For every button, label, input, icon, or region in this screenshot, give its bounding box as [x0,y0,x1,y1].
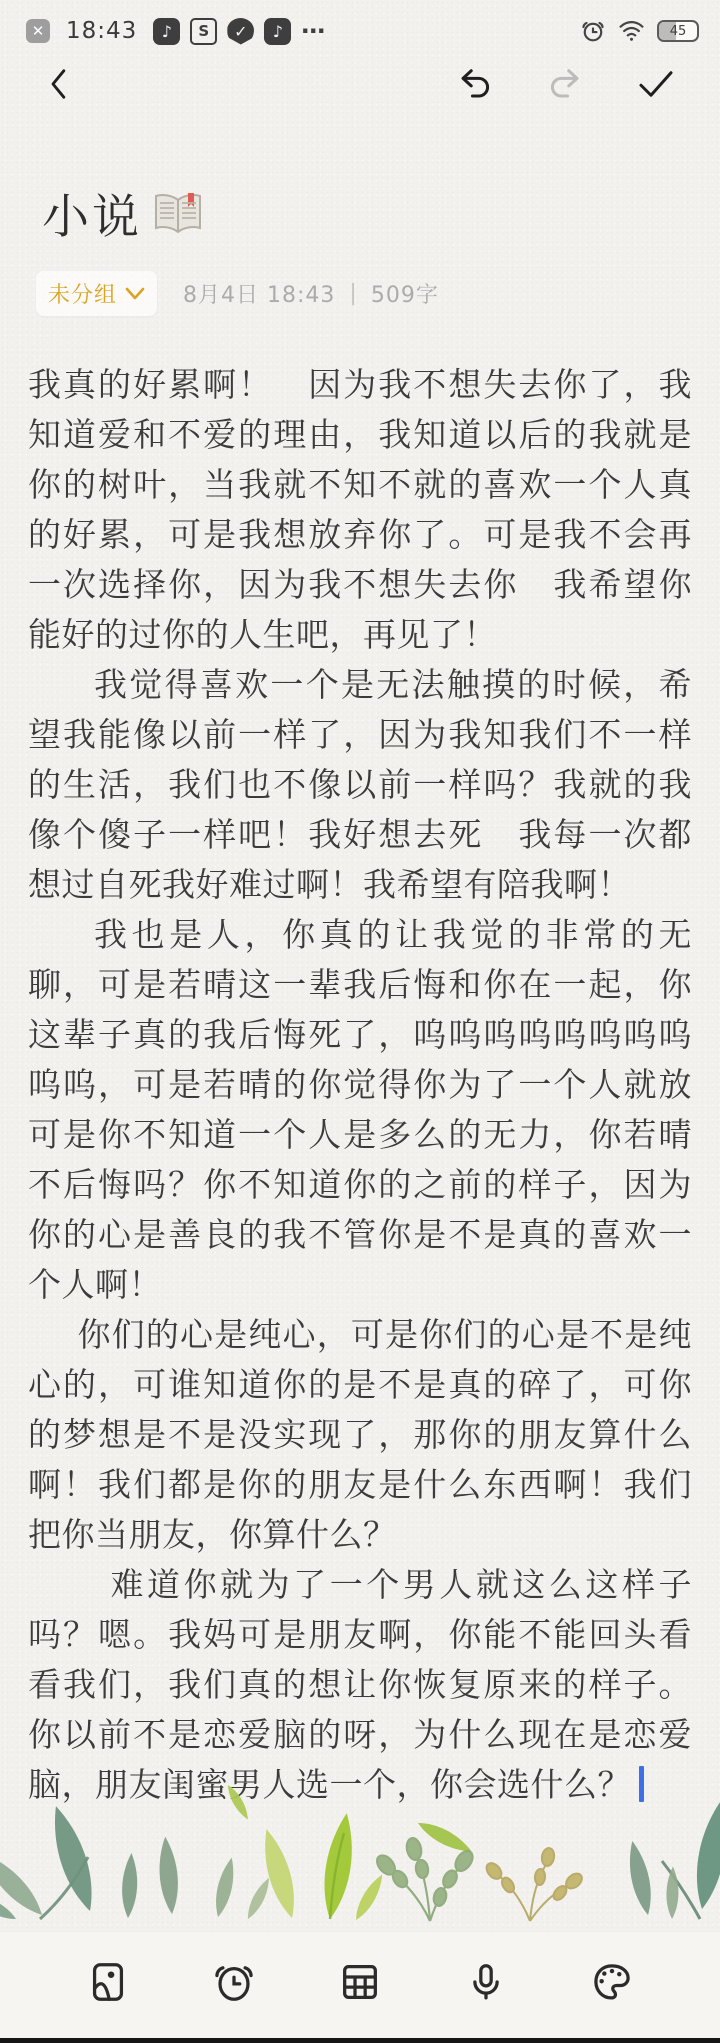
meta-separator: | [349,281,356,306]
notes-app-screen: ✕ 18:43 ♪ S ✓ ♪ ⋯ [0,0,720,2043]
wifi-icon [618,19,645,43]
undo-button[interactable] [456,67,494,101]
paragraph: 我觉得喜欢一个是无法触摸的时候，希望我能像以前一样了，因为我知我们不一样的生活，… [28,660,692,910]
text-cursor [639,1766,644,1802]
image-icon [85,1959,131,2005]
shield-check-icon: ✓ [227,18,254,45]
microphone-icon [463,1959,509,2005]
note-toolbar-right [456,67,676,101]
more-tools-button-partial[interactable] [710,1954,720,2010]
insert-image-button[interactable] [80,1954,136,2010]
status-bar-right: 45 [580,18,694,44]
style-theme-button[interactable] [584,1954,640,2010]
status-bar: ✕ 18:43 ♪ S ✓ ♪ ⋯ [0,0,720,52]
close-badge-icon: ✕ [26,19,50,43]
note-title[interactable]: 小说 [42,180,142,247]
more-notifications-icon: ⋯ [301,17,327,45]
alarm-clock-icon [211,1959,257,2005]
battery-icon: 45 [657,20,694,42]
word-count: 509字 [371,278,439,309]
reminder-button[interactable] [206,1954,262,2010]
paragraph: 你们的心是纯心，可是你们的心是不是纯心的，可谁知道你的是不是真的碎了，可你的梦想… [28,1310,692,1560]
paragraph: 我真的好累啊！ 因为我不想失去你了，我知道爱和不爱的理由，我知道以后的我就是你的… [28,360,692,660]
group-selector[interactable]: 未分组 [36,271,157,316]
battery-percent: 45 [670,24,687,39]
tiktok-lite-icon: ♪ [264,18,291,45]
note-toolbar [0,52,720,116]
tiktok-icon: ♪ [153,18,180,45]
confirm-button[interactable] [636,67,676,101]
status-time: 18:43 [66,18,137,44]
paragraph: 我也是人，你真的让我觉的非常的无聊，可是若晴这一辈我后悔和你在一起，你这辈子真的… [28,910,692,1310]
alarm-status-icon [580,18,606,44]
insert-table-button[interactable] [332,1954,388,2010]
palette-icon [589,1959,635,2005]
status-bar-left: ✕ 18:43 ♪ S ✓ ♪ ⋯ [26,17,327,45]
note-body-editor[interactable]: 我真的好累啊！ 因为我不想失去你了，我知道爱和不爱的理由，我知道以后的我就是你的… [0,360,720,1810]
back-button[interactable] [44,66,74,102]
chevron-down-icon [125,287,145,301]
group-label: 未分组 [48,278,117,309]
voice-input-button[interactable] [458,1954,514,2010]
paragraph: 难道你就为了一个男人就这么这样子吗？嗯。我妈可是朋友啊，你能不能回头看看我们，我… [28,1560,692,1810]
partial-icon [715,1959,720,2005]
redo-button[interactable] [546,67,584,101]
editor-bottom-toolbar [0,1931,720,2043]
note-date: 8月4日 18:43 [183,278,335,309]
note-title-row: 小说 [42,180,720,247]
table-icon [337,1959,383,2005]
bottom-edge-line [0,2038,720,2043]
s-app-icon: S [190,18,217,45]
open-book-emoji [152,192,204,236]
note-meta-row: 未分组 8月4日 18:43 | 509字 [36,271,720,316]
